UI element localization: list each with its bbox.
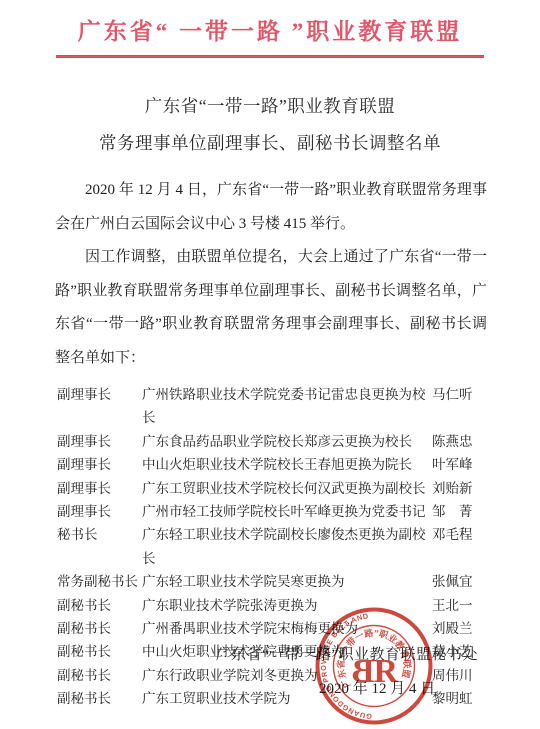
official-seal: GUANGDONG PROVINCE BELT AND ROAD VOCATIO… xyxy=(313,605,435,727)
document-title-line1: 广东省“一带一路”职业教育联盟 xyxy=(0,88,540,125)
roster-change: 广东工贸职业技术学院校长何汉武更换为副校长 xyxy=(142,477,432,500)
roster-role: 副秘书长 xyxy=(57,640,142,663)
svg-text:R: R xyxy=(374,653,399,690)
paragraph-meeting: 2020 年 12 月 4 日，广东省“一带一路”职业教育联盟常务理事会在广州白… xyxy=(55,174,487,241)
roster-name: 刘贻新 xyxy=(432,477,490,500)
roster-name: 邹 菁 xyxy=(432,500,490,523)
roster-change: 广东食品药品职业学院校长郑彦云更换为校长 xyxy=(142,430,432,453)
masthead-divider xyxy=(56,55,484,58)
roster-row: 副理事长 广东食品药品职业学院校长郑彦云更换为校长 陈燕忠 xyxy=(57,430,490,453)
roster-name: 张佩宜 xyxy=(432,570,490,593)
paragraph-adjustment: 因工作调整，由联盟单位提名，大会上通过了广东省“一带一路”职业教育联盟常务理事单… xyxy=(55,241,487,375)
roster-name: 邓毛程 xyxy=(432,523,490,570)
roster-role: 副理事长 xyxy=(57,500,142,523)
document-title-line2: 常务理事单位副理事长、副秘书长调整名单 xyxy=(0,125,540,162)
roster-role: 副秘书长 xyxy=(57,664,142,687)
roster-role: 副秘书长 xyxy=(57,594,142,617)
roster-row: 副理事长 广州铁路职业技术学院党委书记雷忠良更换为校长 马仁听 xyxy=(57,383,490,430)
roster-name: 周伟川 xyxy=(432,664,490,687)
roster-change: 广东轻工职业技术学院副校长廖俊杰更换为副校长 xyxy=(142,523,432,570)
roster-role: 副秘书长 xyxy=(57,617,142,640)
roster-change: 中山火炬职业技术学院校长王春旭更换为院长 xyxy=(142,453,432,476)
roster-role: 副理事长 xyxy=(57,453,142,476)
roster-row: 秘书长 广东轻工职业技术学院副校长廖俊杰更换为副校长 邓毛程 xyxy=(57,523,490,570)
body-text: 2020 年 12 月 4 日，广东省“一带一路”职业教育联盟常务理事会在广州白… xyxy=(55,174,487,375)
roster-role: 副理事长 xyxy=(57,383,142,430)
roster-role: 秘书长 xyxy=(57,523,142,570)
roster-role: 副理事长 xyxy=(57,477,142,500)
roster-name: 马仁听 xyxy=(432,383,490,430)
roster-row: 副理事长 广东工贸职业技术学院校长何汉武更换为副校长 刘贻新 xyxy=(57,477,490,500)
roster-row: 常务副秘书长 广东轻工职业技术学院吴寒更换为 张佩宜 xyxy=(57,570,490,593)
roster-role: 副理事长 xyxy=(57,430,142,453)
document-title: 广东省“一带一路”职业教育联盟 常务理事单位副理事长、副秘书长调整名单 xyxy=(0,88,540,162)
roster-name: 刘殿兰 xyxy=(432,617,490,640)
masthead: 广东省“ 一带一路 ”职业教育联盟 xyxy=(0,0,540,58)
roster-change: 广州铁路职业技术学院党委书记雷忠良更换为校长 xyxy=(142,383,432,430)
roster-change: 广东轻工职业技术学院吴寒更换为 xyxy=(142,570,432,593)
roster-row: 副理事长 广州市轻工技师学院校长叶军峰更换为党委书记 邹 菁 xyxy=(57,500,490,523)
roster-role: 常务副秘书长 xyxy=(57,570,142,593)
roster-name: 陈燕忠 xyxy=(432,430,490,453)
masthead-title: 广东省“ 一带一路 ”职业教育联盟 xyxy=(0,13,540,46)
svg-text:B: B xyxy=(352,653,375,690)
roster-change: 广州市轻工技师学院校长叶军峰更换为党委书记 xyxy=(142,500,432,523)
roster-role: 副秘书长 xyxy=(57,687,142,710)
roster-row: 副理事长 中山火炬职业技术学院校长王春旭更换为院长 叶军峰 xyxy=(57,453,490,476)
roster-name: 黎明虹 xyxy=(432,687,490,710)
seal-br-monogram: B R xyxy=(352,653,399,690)
roster-name: 叶军峰 xyxy=(432,453,490,476)
roster-name: 王北一 xyxy=(432,594,490,617)
